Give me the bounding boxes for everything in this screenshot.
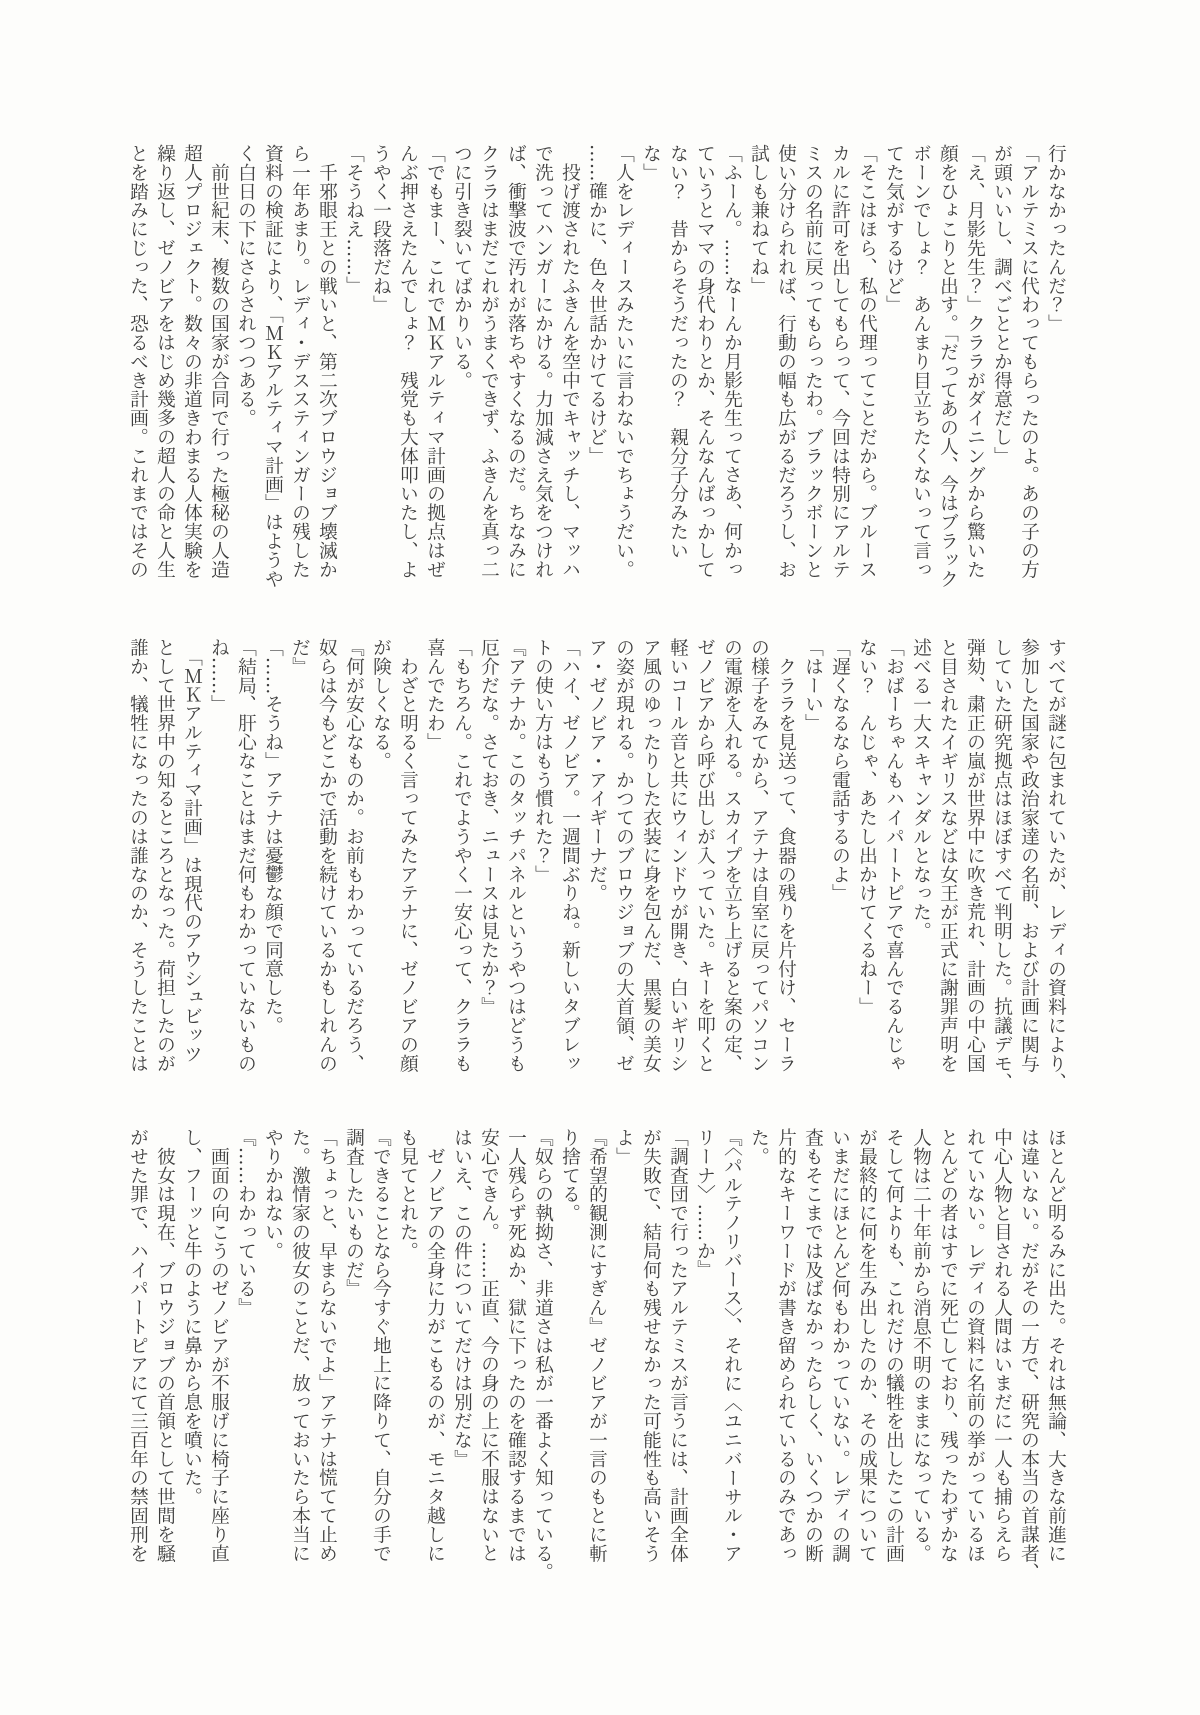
text-column: 「はーい」 (799, 638, 826, 1090)
text-column: わざと明るく言ってみたアテナに、ゼノビアの顔 (394, 638, 421, 1090)
text-column: 「ちょっと、早まらないでよ」アテナは慌てて止め (313, 1128, 340, 1580)
novel-page: 行かなかったんだ？」「アルテミスに代わってもらったのよ。あの子の方が頭いいし、調… (0, 0, 1200, 1715)
text-column: 参加した国家や政治家達の名前、および計画に関与 (1015, 638, 1042, 1090)
text-column: 「もちろん。これでようやく一安心って、クララも (448, 638, 475, 1090)
text-column: ら一年あまり。レディ・デススティンガーの残した (286, 144, 313, 596)
text-column: していた研究拠点はほぼすべて判明した。抗議デモ、 (988, 638, 1015, 1090)
text-column: 「え、月影先生？」クララがダイニングから驚いた (961, 144, 988, 596)
text-column: んぶ押さえたんでしょ？ 残党も大体叩いたし、よ (394, 144, 421, 596)
text-column: 「アルテミスに代わってもらったのよ。あの子の方 (1015, 144, 1042, 596)
text-column: 前世紀末、複数の国家が合同で行った極秘の人造 (205, 144, 232, 596)
text-column: と目されたイギリスなどは女王が正式に謝罪声明を (934, 638, 961, 1090)
text-column: ……確かに、色々世話かけてるけど」 (583, 144, 610, 596)
text-block-middle: すべてが謎に包まれていたが、レディの資料により、参加した国家や政治家達の名前、お… (124, 638, 1069, 1090)
text-column: とを踏みにじった、恐るべき計画。これまではその (124, 144, 151, 596)
text-column: 喜んでたわ」 (421, 638, 448, 1090)
text-column: 調査したいものだ』 (340, 1128, 367, 1580)
text-column: り捨てる。 (556, 1128, 583, 1580)
text-column: 試しも兼ねてね」 (745, 144, 772, 596)
text-column: 厄介だな。さておき、ニュースは見たか？』 (475, 638, 502, 1090)
text-column: 行かなかったんだ？」 (1042, 144, 1069, 596)
text-column: として世界中の知るところとなった。荷担したのが (151, 638, 178, 1090)
text-column: の様子をみてから、アテナは自室に戻ってパソコン (745, 638, 772, 1090)
text-column: 「人をレディースみたいに言わないでちょうだい。 (610, 144, 637, 596)
text-column: は違いない。だがその一方で、研究の本当の首謀者、 (1015, 1128, 1042, 1580)
text-column: 弾劾、粛正の嵐が世界中に吹き荒れ、計画の中心国 (961, 638, 988, 1090)
text-column: 誰か、犠牲になったのは誰なのか、そうしたことは (124, 638, 151, 1090)
text-column: ていうとママの身代わりとか、そんなんばっかして (691, 144, 718, 596)
text-column: ない？ 昔からそうだったの？ 親分子分みたい (664, 144, 691, 596)
text-column: た。激情家の彼女のことだ、放っておいたら本当に (286, 1128, 313, 1580)
text-column: よ」 (610, 1128, 637, 1580)
text-column: 画面の向こうのゼノビアが不服げに椅子に座り直 (205, 1128, 232, 1580)
text-column: で洗ってハンガーにかける。力加減さえ気をつけれ (529, 144, 556, 596)
text-column: 資料の検証により、「ＭＫアルティマ計画」はようや (259, 144, 286, 596)
text-column: 「そうねえ……」 (340, 144, 367, 596)
text-column: クララを見送って、食器の残りを片付け、セーラ (772, 638, 799, 1090)
text-column: し、フーッと牛のように鼻から息を噴いた。 (178, 1128, 205, 1580)
text-column: 『……わかっている』 (232, 1128, 259, 1580)
text-column: 「ハイ、ゼノビア。一週間ぶりね。新しいタブレッ (556, 638, 583, 1090)
text-column: な」 (637, 144, 664, 596)
text-column: 『〈パルテノリバース〉、それに〈ユニバーサル・ア (718, 1128, 745, 1580)
text-column: 軽いコール音と共にウィンドウが開き、白いギリシ (664, 638, 691, 1090)
text-column: ば、衝撃波で汚れが落ちやすくなるのだ。ちなみに (502, 144, 529, 596)
text-column: 『何が安心なものか。お前もわかっているだろう、 (340, 638, 367, 1090)
text-column: そして何よりも、これだけの犠牲を出したこの計画 (880, 1128, 907, 1580)
text-column: ゼノビアから呼び出しが入っていた。キーを叩くと (691, 638, 718, 1090)
text-column: 「……そうね」アテナは憂鬱な顔で同意した。 (259, 638, 286, 1090)
text-column: の電源を入れる。スカイプを立ち上げると案の定、 (718, 638, 745, 1090)
text-column: 述べる一大スキャンダルとなった。 (907, 638, 934, 1090)
text-column: とんどの者はすでに死亡しており、残ったわずかな (934, 1128, 961, 1580)
text-column: 『希望的観測にすぎん』ゼノビアが一言のもとに斬 (583, 1128, 610, 1580)
text-column: がせた罪で、ハイパートピアにて三百年の禁固刑を (124, 1128, 151, 1580)
text-column: が失敗で、結局何も残せなかった可能性も高いそう (637, 1128, 664, 1580)
text-column: が頭いいし、調べごととか得意だし」 (988, 144, 1015, 596)
text-column: 「おばーちゃんもハイパートピアで喜んでるんじゃ (880, 638, 907, 1090)
text-column: 「そこはほら、私の代理ってことだから。ブルース (853, 144, 880, 596)
text-column: 査もそこまでは及ばなかったらしく、いくつかの断 (799, 1128, 826, 1580)
text-column: 安心できん。……正直、今の身の上に不服はないと (475, 1128, 502, 1580)
text-column: 人物は二十年前から消息不明のままになっている。 (907, 1128, 934, 1580)
text-column: た。 (745, 1128, 772, 1580)
text-column: 「結局、肝心なことはまだ何もわかっていないもの (232, 638, 259, 1090)
text-column: も見てとれた。 (394, 1128, 421, 1580)
text-column: 中心人物と目される人間はいまだに一人も捕らえら (988, 1128, 1015, 1580)
text-column: うやく一段落だね」 (367, 144, 394, 596)
text-column: 使い分けられれば、行動の幅も広がるだろうし、お (772, 144, 799, 596)
text-column: が最終的に何を生み出したのか、その成果について (853, 1128, 880, 1580)
text-column: ほとんど明るみに出た。それは無論、大きな前進に (1042, 1128, 1069, 1580)
text-column: 『できることなら今すぐ地上に降りて、自分の手で (367, 1128, 394, 1580)
text-column: 一人残らず死ぬか、獄に下ったのを確認するまでは (502, 1128, 529, 1580)
text-column: く白日の下にさらされつつある。 (232, 144, 259, 596)
text-column: 繰り返し、ゼノビアをはじめ幾多の超人の命と人生 (151, 144, 178, 596)
text-column: 「ふーん。……なーんか月影先生ってさあ、何かっ (718, 144, 745, 596)
text-column: 超人プロジェクト。数々の非道きわまる人体実験を (178, 144, 205, 596)
text-column: ゼノビアの全身に力がこもるのが、モニタ越しに (421, 1128, 448, 1580)
text-column: 奴らは今もどこかで活動を続けているかもしれんの (313, 638, 340, 1090)
text-column: てた気がするけど」 (880, 144, 907, 596)
text-column: の姿が現れる。かつてのブロウジョブの大首領、ゼ (610, 638, 637, 1090)
text-column: 「ＭＫアルティマ計画」は現代のアウシュビッツ (178, 638, 205, 1090)
text-column: ね……」 (205, 638, 232, 1090)
text-column: クララはまだこれがうまくできず、ふきんを真っ二 (475, 144, 502, 596)
text-column: はいえ、この件についてだけは別だな』 (448, 1128, 475, 1580)
text-column: ア風のゆったりした衣装に身を包んだ、黒髪の美女 (637, 638, 664, 1090)
text-column: が険しくなる。 (367, 638, 394, 1090)
text-column: ない？ んじゃ、あたし出かけてくるねー」 (853, 638, 880, 1090)
text-column: 彼女は現在、ブロウジョブの首領として世間を騒 (151, 1128, 178, 1580)
text-column: 「でもまー、これでＭＫアルティマ計画の拠点はぜ (421, 144, 448, 596)
text-column: 「遅くなるなら電話するのよ」 (826, 638, 853, 1090)
text-column: 「調査団で行ったアルテミスが言うには、計画全体 (664, 1128, 691, 1580)
text-column: 顔をひょこりと出す。「だってあの人、今はブラック (934, 144, 961, 596)
text-column: リーナ〉……か』 (691, 1128, 718, 1580)
text-column: ミスの名前に戻ってもらったわ。ブラックボーンと (799, 144, 826, 596)
text-column: 千邪眼王との戦いと、第二次ブロウジョブ壊滅か (313, 144, 340, 596)
text-column: 『奴らの執拗さ、非道さは私が一番よく知っている。 (529, 1128, 556, 1580)
text-block-top: 行かなかったんだ？」「アルテミスに代わってもらったのよ。あの子の方が頭いいし、調… (124, 144, 1069, 596)
text-column: ボーンでしょ？ あんまり目立ちたくないって言っ (907, 144, 934, 596)
text-column: すべてが謎に包まれていたが、レディの資料により、 (1042, 638, 1069, 1090)
text-column: カルに許可を出してもらって、今回は特別にアルテ (826, 144, 853, 596)
text-column: トの使い方はもう慣れた？」 (529, 638, 556, 1090)
text-column: 投げ渡されたふきんを空中でキャッチし、マッハ (556, 144, 583, 596)
text-column: れていない。レディの資料に名前の挙がっているほ (961, 1128, 988, 1580)
text-column: 片的なキーワードが書き留められているのみであっ (772, 1128, 799, 1580)
text-column: やりかねない。 (259, 1128, 286, 1580)
text-column: だ』 (286, 638, 313, 1090)
text-column: 『アテナか。このタッチパネルというやつはどうも (502, 638, 529, 1090)
text-column: つに引き裂いてばかりいる。 (448, 144, 475, 596)
text-column: ア・ゼノビア・アイギーナだ。 (583, 638, 610, 1090)
text-block-bottom: ほとんど明るみに出た。それは無論、大きな前進には違いない。だがその一方で、研究の… (124, 1128, 1069, 1580)
text-column: いまだにほとんど何もわかっていない。レディの調 (826, 1128, 853, 1580)
